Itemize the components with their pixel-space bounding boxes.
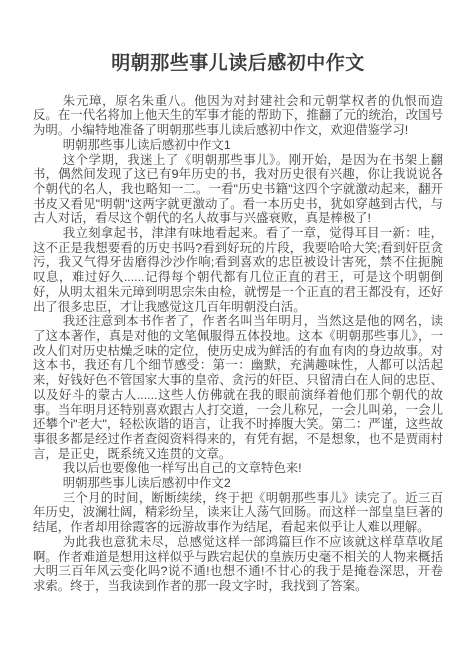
essay-1-closing-line: 我以后也要像他一样写出自己的文章特色来! [33,461,443,476]
essay-1-paragraph-1: 这个学期，我迷上了《明朝那些事儿》。刚开始，是因为在书架上翻书，偶然间发现了这已… [33,153,443,227]
essay-2-paragraph-1: 三个月的时间，断断续续，终于把《明朝那些事儿》读完了。近三百年历史，波澜壮阔，精… [33,491,443,535]
document-page: 明朝那些事儿读后感初中作文 朱元璋，原名朱重八。他因为对封建社会和元朝掌权者的仇… [0,0,474,671]
intro-paragraph: 朱元璋，原名朱重八。他因为对封建社会和元朝掌权者的仇恨而造反。在一代名将加上他天… [33,94,443,138]
essay-2-paragraph-2: 为此我也意犹未尽，总感觉这样一部鸿篇巨作不应该就这样草草收尾啊。作者难道是想用这… [33,535,443,594]
essay-1-heading: 明朝那些事儿读后感初中作文1 [33,138,443,153]
document-title: 明朝那些事儿读后感初中作文 [33,52,443,76]
essay-1-paragraph-3: 我还注意到本书作者了，作者名叫当年明月，当然这是他的网名，读了这本著作，真是对他… [33,314,443,461]
essay-1-paragraph-2: 我立刻拿起书，津津有味地看起来。看了一章，觉得耳目一新：哇，这不正是我想要看的历… [33,226,443,314]
essay-2-heading: 明朝那些事儿读后感初中作文2 [33,476,443,491]
